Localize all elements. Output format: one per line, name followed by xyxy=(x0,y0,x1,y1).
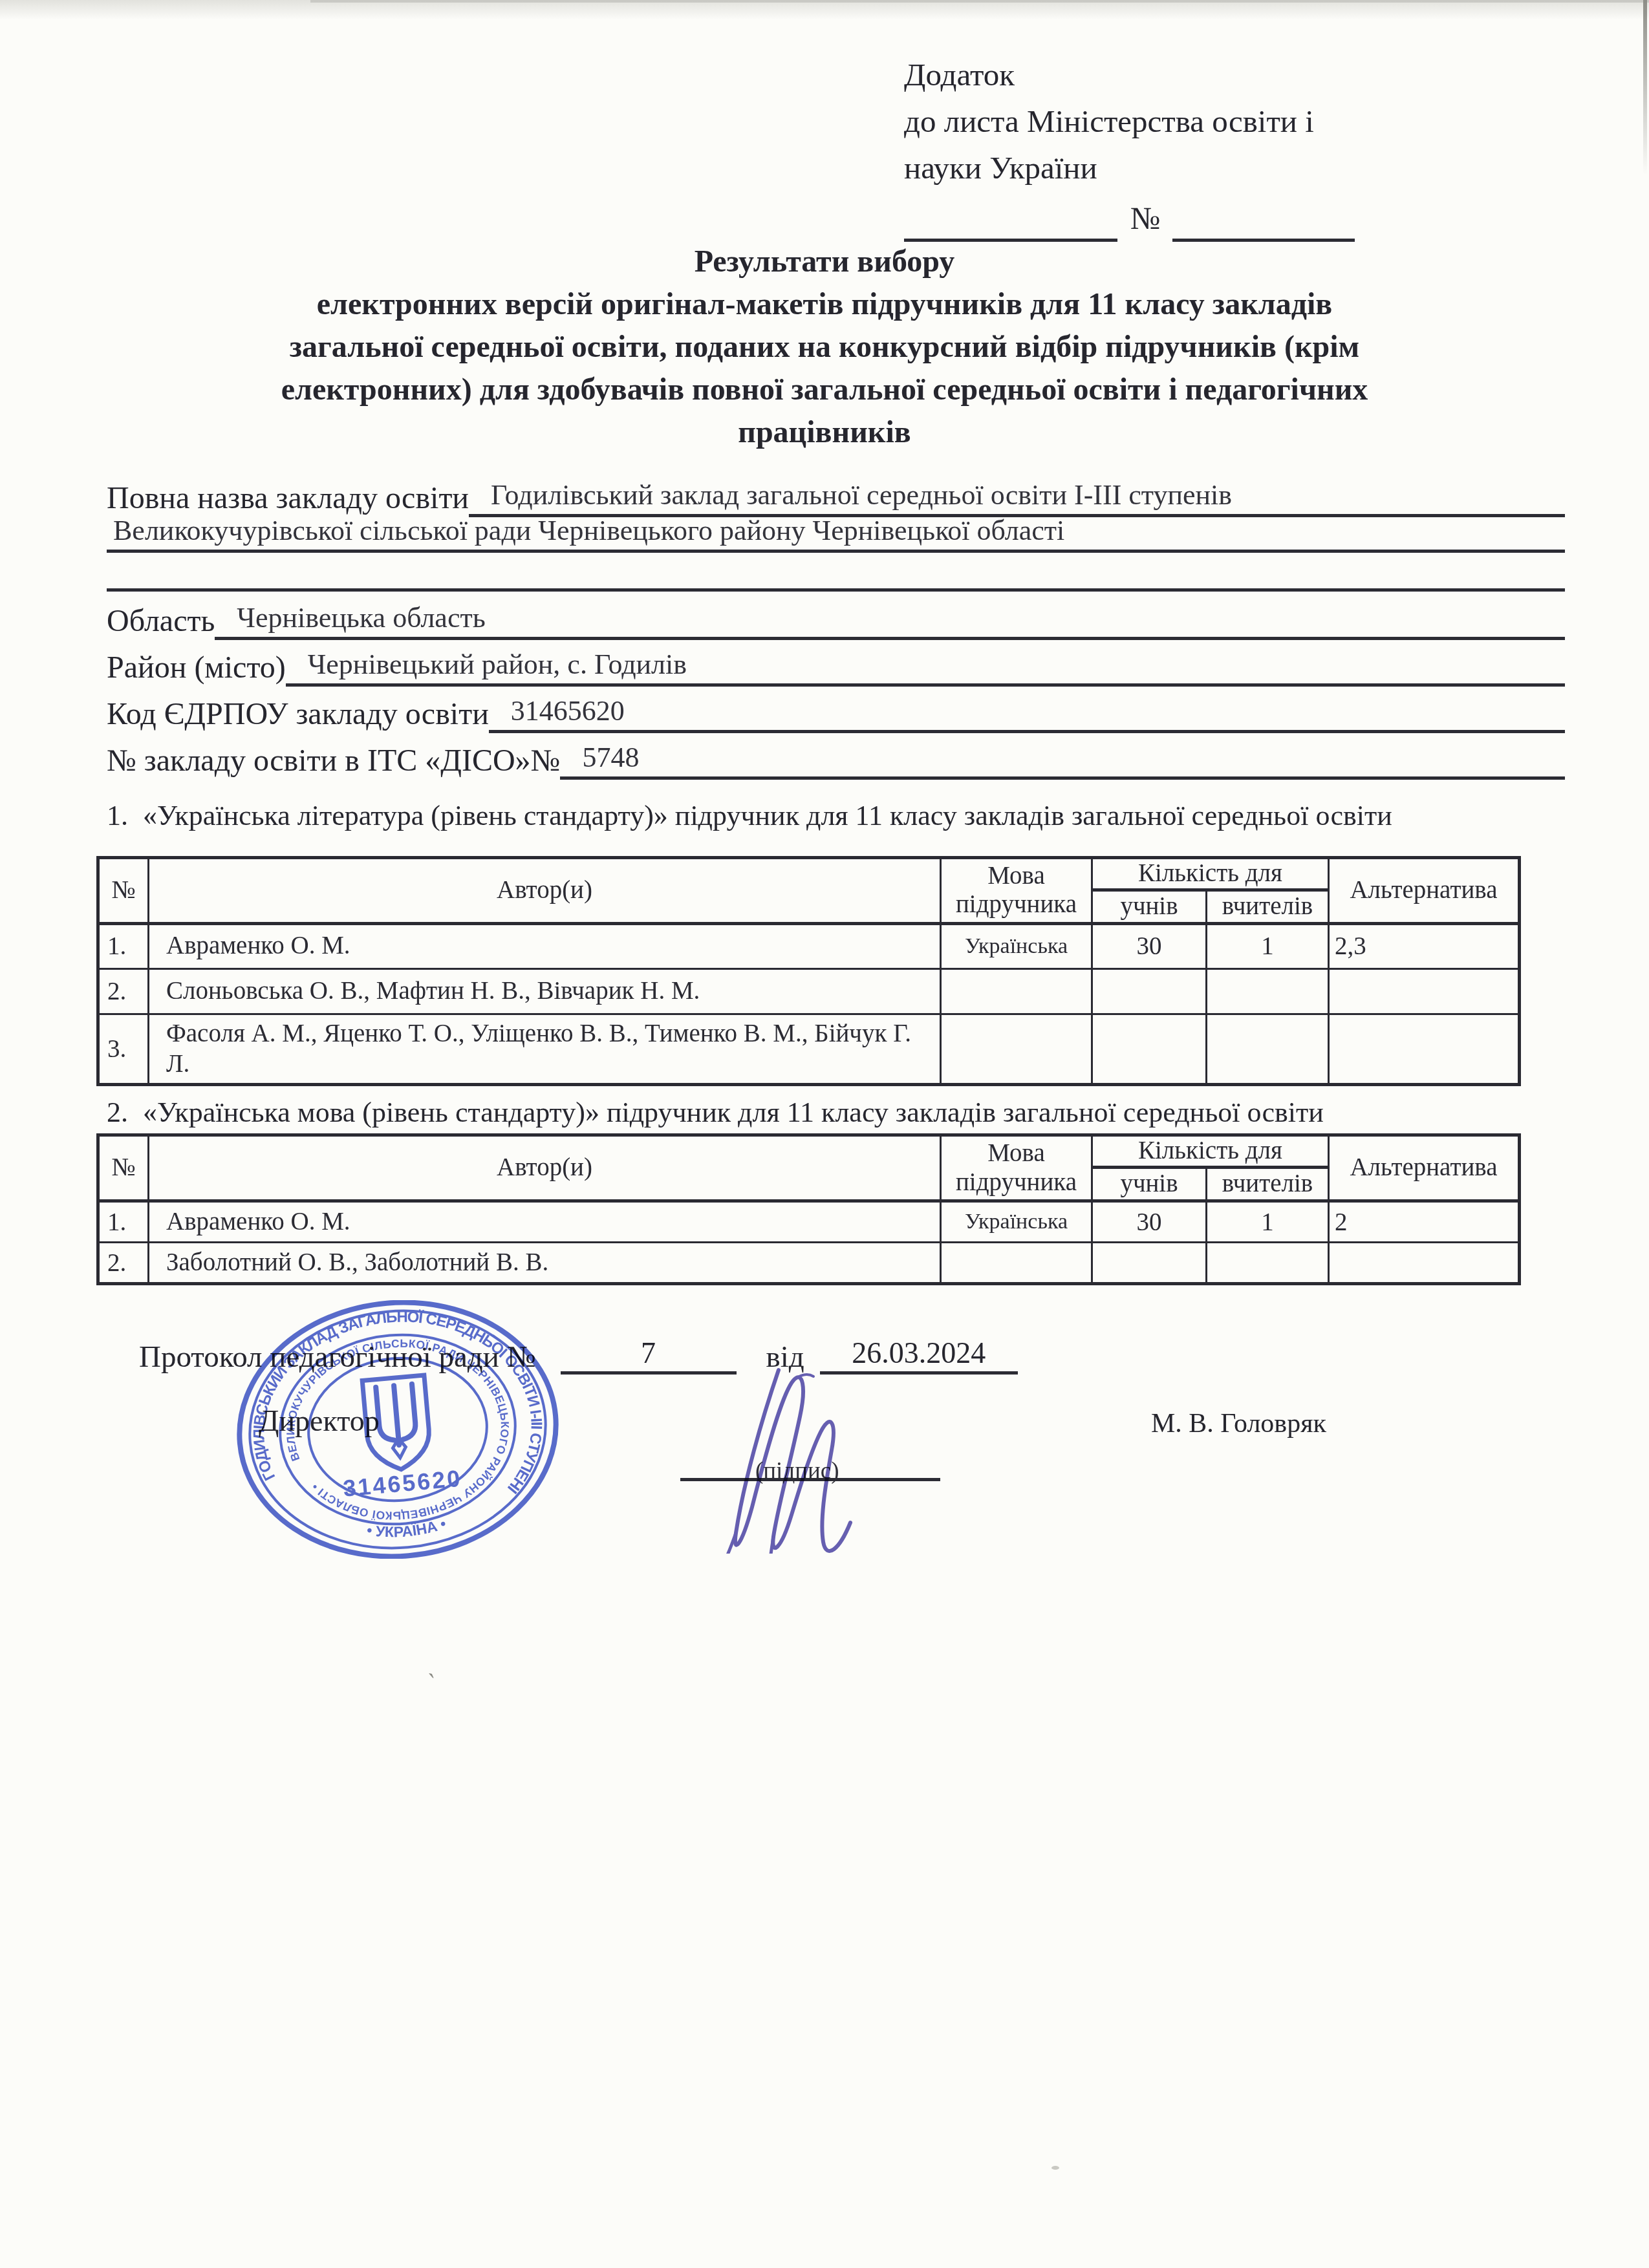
scan-artifact-speck xyxy=(1051,2166,1059,2170)
textbook-table-2: № Автор(и) Мова підручника Кількість для… xyxy=(96,1133,1521,1285)
row-authors: Фасоля А. М., Яценко Т. О., Уліщенко В. … xyxy=(149,1014,941,1085)
section-2-title: «Українська мова (рівень стандарту)» під… xyxy=(143,1096,1324,1129)
stamp-code: 31465620 xyxy=(342,1465,463,1502)
row-teachers-count xyxy=(1207,968,1329,1014)
row-students-count xyxy=(1092,1014,1207,1085)
school-name-row: Повна назва закладу освіти Годилівський … xyxy=(107,480,1565,517)
district-label: Район (місто) xyxy=(107,650,286,687)
row-students-count: 30 xyxy=(1092,923,1207,968)
scan-artifact-top-band xyxy=(0,0,1649,22)
row-authors: Авраменко О. М. xyxy=(149,923,941,968)
col-header-quantity: Кількість для xyxy=(1092,858,1329,890)
col-header-students: учнів xyxy=(1092,890,1207,923)
row-language xyxy=(941,1243,1092,1284)
region-label: Область xyxy=(107,603,215,640)
col-header-language: Мова підручника xyxy=(941,858,1092,924)
row-students-count xyxy=(1092,968,1207,1014)
number-sign: № xyxy=(1130,195,1161,242)
appendix-line-1: Додаток xyxy=(904,52,1355,98)
empty-blank-line xyxy=(107,586,1565,592)
section-1-title: «Українська література (рівень стандарту… xyxy=(143,799,1392,833)
row-students-count xyxy=(1092,1243,1207,1284)
col-header-quantity: Кількість для xyxy=(1092,1135,1329,1168)
col-header-students: учнів xyxy=(1092,1168,1207,1201)
school-name-label: Повна назва закладу освіти xyxy=(107,480,469,517)
trident-emblem-icon xyxy=(362,1375,432,1472)
title-line-1: Результати вибору xyxy=(0,241,1649,283)
region-row: Область Чернівецька область xyxy=(107,592,1565,640)
scan-artifact-top-edge xyxy=(310,0,1649,3)
section-1-number: 1. xyxy=(107,799,143,833)
school-info-form: Повна назва закладу освіти Годилівський … xyxy=(107,480,1565,780)
blank-line xyxy=(904,201,1117,242)
col-header-alternative: Альтернатива xyxy=(1329,858,1520,924)
row-number: 1. xyxy=(98,923,149,968)
school-name-row-3 xyxy=(107,553,1565,592)
row-alternative xyxy=(1329,1014,1520,1085)
school-name-value-line2: Великокучурівської сільської ради Чернів… xyxy=(107,514,1565,553)
row-authors: Слоньовська О. В., Мафтин Н. В., Вівчари… xyxy=(149,968,941,1014)
col-header-teachers: вчителів xyxy=(1207,890,1329,923)
row-language xyxy=(941,968,1092,1014)
row-alternative xyxy=(1329,968,1520,1014)
title-line-2: електронних версій оригінал-макетів підр… xyxy=(0,283,1649,326)
table-row: 2. Заболотний О. В., Заболотний В. В. xyxy=(98,1243,1520,1284)
table-row: 1. Авраменко О. М. Українська 30 1 2,3 xyxy=(98,923,1520,968)
col-header-alternative: Альтернатива xyxy=(1329,1135,1520,1201)
appendix-line-2: до листа Міністерства освіти і xyxy=(904,98,1355,145)
col-header-authors: Автор(и) xyxy=(149,858,941,924)
row-students-count: 30 xyxy=(1092,1201,1207,1243)
row-number: 2. xyxy=(98,1243,149,1284)
row-teachers-count: 1 xyxy=(1207,1201,1329,1243)
region-value: Чернівецька область xyxy=(215,601,1565,640)
row-language xyxy=(941,1014,1092,1085)
row-language: Українська xyxy=(941,1201,1092,1243)
edrpou-value: 31465620 xyxy=(489,694,1565,733)
row-number: 1. xyxy=(98,1201,149,1243)
edrpou-label: Код ЄДРПОУ закладу освіти xyxy=(107,696,489,733)
table-row: 1. Авраменко О. М. Українська 30 1 2 xyxy=(98,1201,1520,1243)
scan-artifact-right-edge xyxy=(1643,0,1647,175)
textbook-table-1: № Автор(и) Мова підручника Кількість для… xyxy=(96,856,1521,1086)
district-value: Чернівецький район, с. Годилів xyxy=(286,648,1565,687)
row-authors: Авраменко О. М. xyxy=(149,1201,941,1243)
row-number: 2. xyxy=(98,968,149,1014)
appendix-header: Додаток до листа Міністерства освіти і н… xyxy=(904,52,1355,242)
school-name-row-2: Великокучурівської сільської ради Чернів… xyxy=(107,517,1565,553)
district-row: Район (місто) Чернівецький район, с. Год… xyxy=(107,640,1565,687)
appendix-number-row: № xyxy=(904,195,1355,242)
row-alternative: 2,3 xyxy=(1329,923,1520,968)
edrpou-row: Код ЄДРПОУ закладу освіти 31465620 xyxy=(107,687,1565,733)
signing-area: Директор (підпис) М. В. Головряк xyxy=(0,1375,1649,1827)
diso-label: № закладу освіти в ІТС «ДІСО»№ xyxy=(107,743,560,780)
col-header-language: Мова підручника xyxy=(941,1135,1092,1201)
row-alternative xyxy=(1329,1243,1520,1284)
diso-row: № закладу освіти в ІТС «ДІСО»№ 5748 xyxy=(107,733,1565,780)
appendix-line-3: науки України xyxy=(904,145,1355,191)
col-header-num: № xyxy=(98,858,149,924)
section-1-heading: 1. «Українська література (рівень станда… xyxy=(107,799,1520,833)
director-signature-icon xyxy=(665,1360,949,1554)
row-language: Українська xyxy=(941,923,1092,968)
title-line-5: працівників xyxy=(0,411,1649,454)
director-name: М. В. Головряк xyxy=(1151,1408,1326,1439)
row-teachers-count xyxy=(1207,1243,1329,1284)
row-number: 3. xyxy=(98,1014,149,1085)
title-line-3: загальної середньої освіти, поданих на к… xyxy=(0,326,1649,369)
section-2-heading: 2. «Українська мова (рівень стандарту)» … xyxy=(107,1096,1520,1129)
table-row: 3. Фасоля А. М., Яценко Т. О., Уліщенко … xyxy=(98,1014,1520,1085)
scanned-document-page: ˏ Додаток до листа Міністерства освіти і… xyxy=(0,0,1649,2268)
row-authors: Заболотний О. В., Заболотний В. В. xyxy=(149,1243,941,1284)
official-stamp: ГОДИЛІВСЬКИЙ ЗАКЛАД ЗАГАЛЬНОЇ СЕРЕДНЬОЇ … xyxy=(236,1300,559,1559)
col-header-teachers: вчителів xyxy=(1207,1168,1329,1201)
title-line-4: електронних) для здобувачів повної загал… xyxy=(0,369,1649,411)
row-teachers-count: 1 xyxy=(1207,923,1329,968)
school-name-value-line1: Годилівський заклад загальної середньої … xyxy=(469,478,1565,517)
col-header-authors: Автор(и) xyxy=(149,1135,941,1201)
table-row: 2. Слоньовська О. В., Мафтин Н. В., Вівч… xyxy=(98,968,1520,1014)
col-header-num: № xyxy=(98,1135,149,1201)
section-2-number: 2. xyxy=(107,1096,143,1129)
blank-line xyxy=(1172,201,1355,242)
diso-value: 5748 xyxy=(560,741,1565,780)
row-teachers-count xyxy=(1207,1014,1329,1085)
document-title: Результати вибору електронних версій ори… xyxy=(0,0,1649,454)
row-alternative: 2 xyxy=(1329,1201,1520,1243)
